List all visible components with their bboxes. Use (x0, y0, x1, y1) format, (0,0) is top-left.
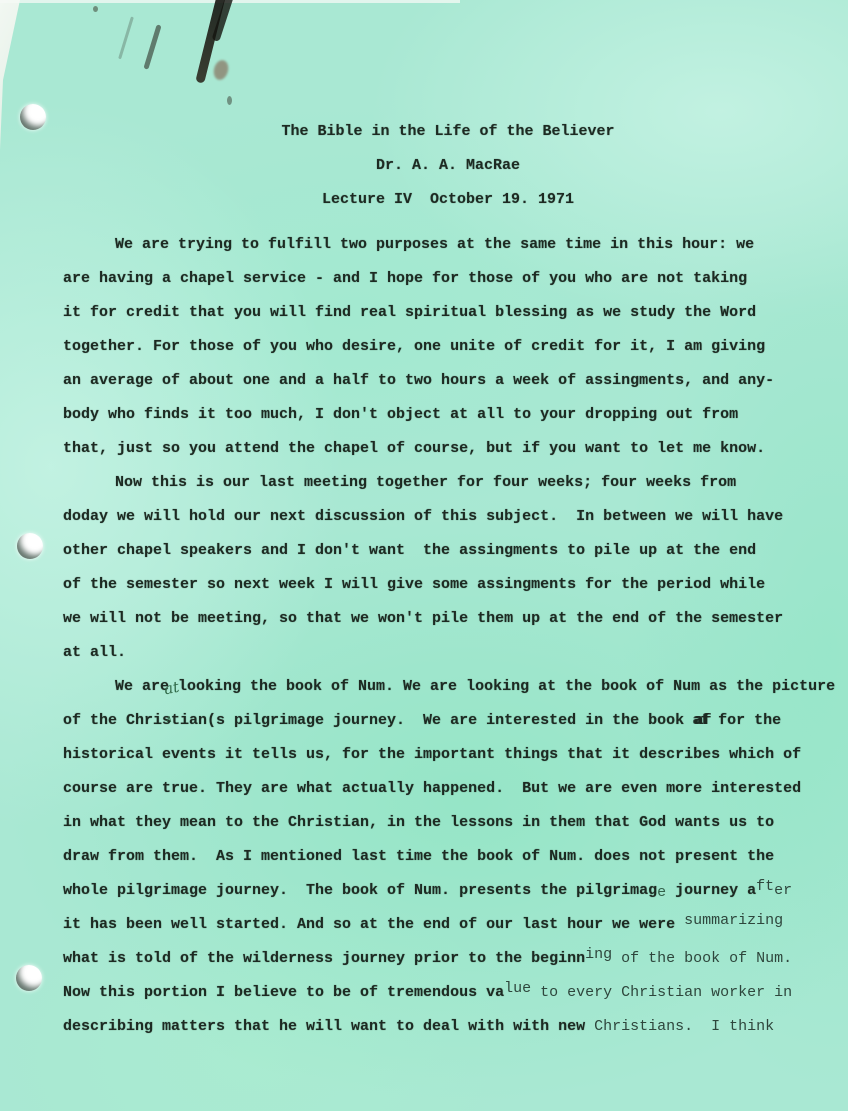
text-line: historical events it tells us, for the i… (63, 738, 848, 772)
overstruck-word: af (693, 712, 709, 729)
inserted-letter-e: e (657, 884, 666, 901)
text-segment: Now this portion I believe to be of trem… (63, 984, 504, 1001)
text-segment: describing matters that he will want to … (63, 1018, 594, 1035)
second-pass-text: er (774, 882, 792, 899)
lecture-transcript: We are trying to fulfill two purposes at… (63, 228, 848, 1044)
second-pass-text: summarizing (684, 912, 783, 929)
text-segment: it has been well started. And so at the … (63, 916, 684, 933)
text-line: We are trying to fulfill two purposes at… (63, 228, 848, 262)
caret-mark: ∧ (166, 704, 172, 738)
title-block: The Bible in the Life of the Believer Dr… (24, 115, 848, 217)
title-body-gap (0, 217, 848, 228)
text-line: that, just so you attend the chapel of c… (63, 432, 848, 466)
raised-letters: ft (756, 878, 774, 895)
text-line: we will not be meeting, so that we won't… (63, 602, 848, 636)
text-line: together. For those of you who desire, o… (63, 330, 848, 364)
second-pass-text: Christians. I think (594, 1018, 774, 1035)
text-segment: whole pilgrimage journey. The book of Nu… (63, 882, 657, 899)
text-line: in what they mean to the Christian, in t… (63, 806, 848, 840)
text-line: doday we will hold our next discussion o… (63, 500, 848, 534)
text-line: at all. (63, 636, 848, 670)
text-line-with-overstrike: of the Christian(s pilgrimage journey. W… (63, 704, 848, 738)
raised-letters: ing (585, 946, 612, 963)
handwritten-at: at (161, 670, 183, 706)
page-content: The Bible in the Life of the Believer Dr… (0, 0, 848, 1044)
text-line: are having a chapel service - and I hope… (63, 262, 848, 296)
text-segment: what is told of the wilderness journey p… (63, 950, 585, 967)
text-line: course are true. They are what actually … (63, 772, 848, 806)
text-line: Now this is our last meeting together fo… (63, 466, 848, 500)
text-segment: We are (115, 678, 169, 695)
text-line-with-second-pass: it has been well started. And so at the … (63, 908, 848, 942)
document-author: Dr. A. A. MacRae (24, 149, 848, 183)
text-line-with-second-pass: describing matters that he will want to … (63, 1010, 848, 1044)
document-lecture-date: Lecture IV October 19. 1971 (24, 183, 848, 217)
raised-letters: lue (504, 980, 531, 997)
text-line-with-corrections: whole pilgrimage journey. The book of Nu… (63, 874, 848, 908)
text-segment: looking the book of Num. We are looking … (178, 678, 835, 695)
handwritten-insertion: ∧at (169, 689, 178, 690)
text-line: body who finds it too much, I don't obje… (63, 398, 848, 432)
document-title: The Bible in the Life of the Believer (24, 115, 848, 149)
text-segment: journey a (666, 882, 756, 899)
text-line-with-handwritten-insertion: We are∧atlooking the book of Num. We are… (63, 670, 848, 704)
text-line: an average of about one and a half to tw… (63, 364, 848, 398)
text-line-with-second-pass: Now this portion I believe to be of trem… (63, 976, 848, 1010)
text-line: it for credit that you will find real sp… (63, 296, 848, 330)
second-pass-text: of the book of Num. (612, 950, 792, 967)
text-line: other chapel speakers and I don't want t… (63, 534, 848, 568)
text-segment: of the Christian(s pilgrimage journey. W… (63, 712, 693, 729)
scanned-lecture-page: The Bible in the Life of the Believer Dr… (0, 0, 848, 1111)
text-segment: for the (709, 712, 781, 729)
text-line-with-second-pass: what is told of the wilderness journey p… (63, 942, 848, 976)
text-line: of the semester so next week I will give… (63, 568, 848, 602)
second-pass-text: to every Christian worker in (531, 984, 792, 1001)
text-line: draw from them. As I mentioned last time… (63, 840, 848, 874)
